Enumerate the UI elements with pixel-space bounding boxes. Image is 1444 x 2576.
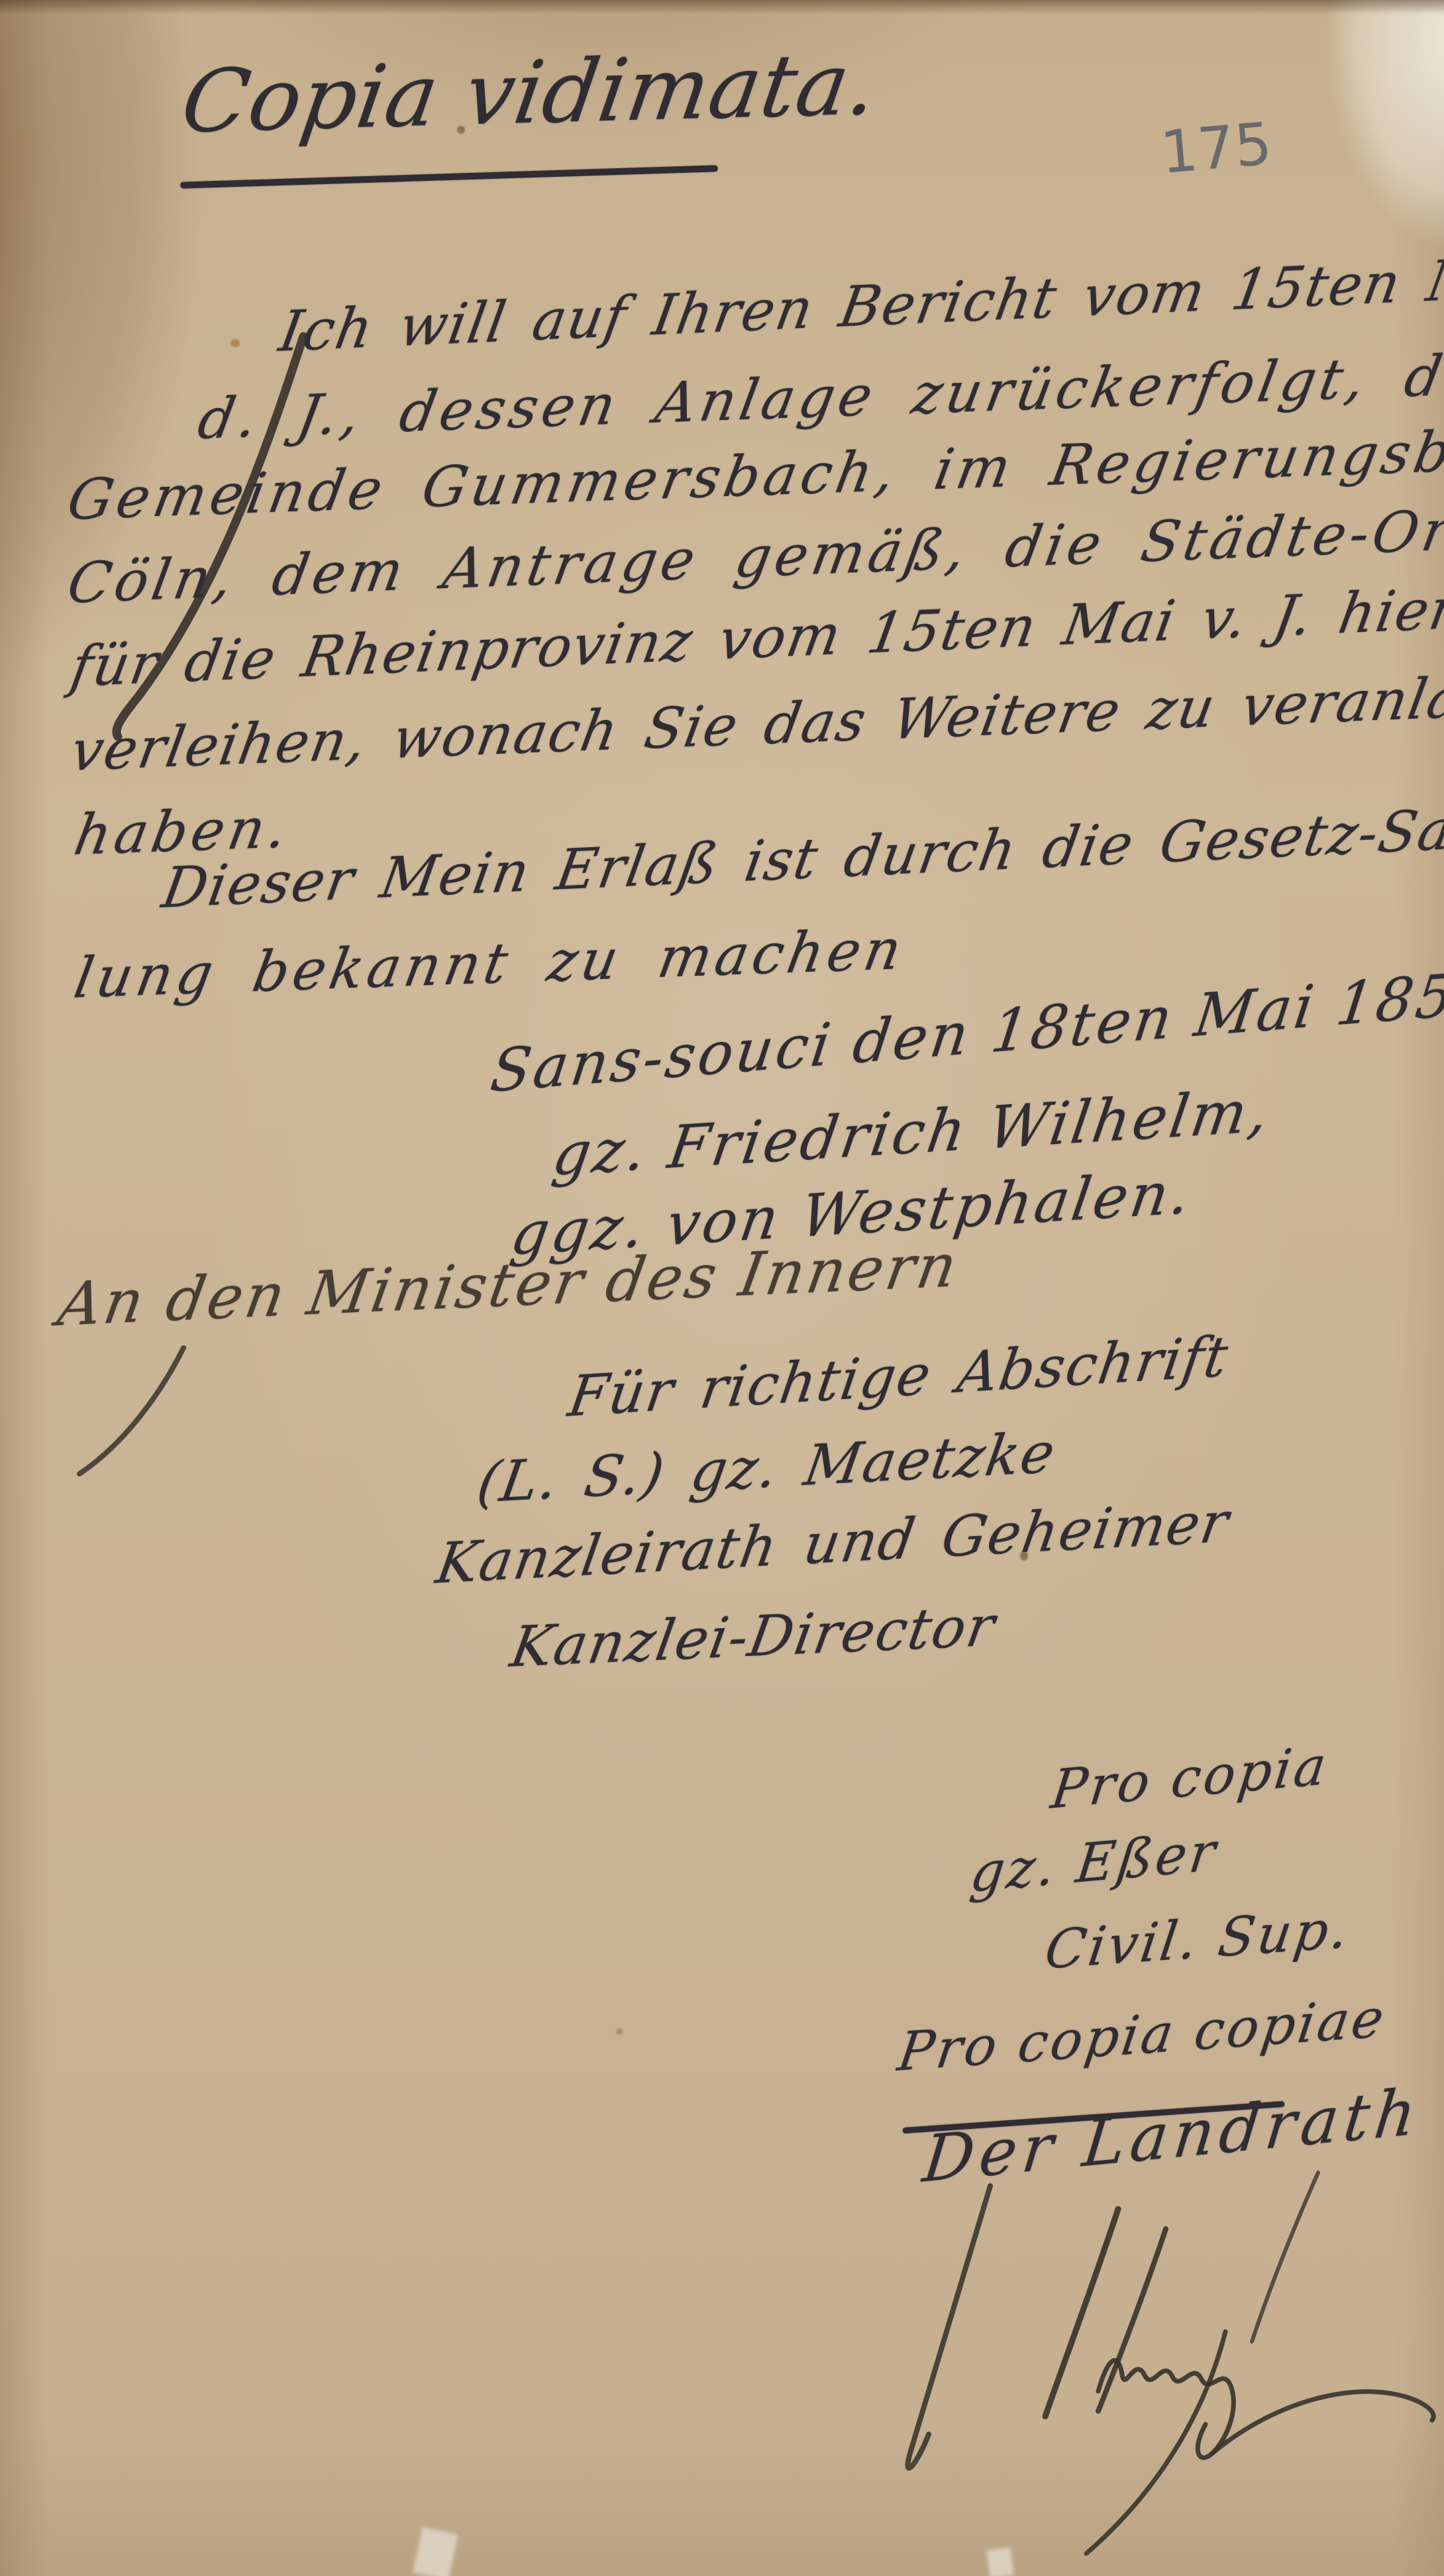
- paper-fleck: [616, 2028, 623, 2035]
- landrat-signature: [854, 2173, 1444, 2576]
- pro-copia-line: Pro copia: [1048, 1734, 1332, 1821]
- certification-line: Kanzlei-Director: [506, 1593, 1000, 1680]
- certification-line: Für richtige Abschrift: [564, 1323, 1233, 1429]
- folio-page-number: 175: [1158, 109, 1274, 187]
- heading-underline: [180, 165, 718, 189]
- pro-copia-line: Civil. Sup.: [1041, 1898, 1355, 1981]
- body-line: lung bekannt zu machen: [70, 917, 910, 1011]
- pro-copia-line: gz. Eßer: [967, 1820, 1221, 1904]
- page-heading: Copia vidimata.: [176, 33, 884, 152]
- certification-line: (L. S.) gz. Maetzke: [473, 1419, 1060, 1516]
- addressee-flourish-stroke: [61, 1338, 213, 1490]
- paper-fleck: [457, 126, 465, 134]
- manuscript-page: Copia vidimata. 175 Ich will auf Ihren B…: [0, 0, 1444, 2576]
- addressee-line: An den Minister des Innern: [53, 1231, 964, 1340]
- paper-fleck: [1020, 1551, 1028, 1561]
- body-line: Ich will auf Ihren Bericht vom 15ten Mai: [275, 244, 1444, 364]
- body-line: Dieser Mein Erlaß ist durch die Gesetz-S…: [158, 791, 1444, 921]
- paper-fleck: [231, 339, 240, 347]
- paper-streak: [986, 2548, 1013, 2576]
- paper-streak: [413, 2527, 458, 2576]
- pro-copia-copiae-line: Pro copia copiae: [894, 1986, 1390, 2083]
